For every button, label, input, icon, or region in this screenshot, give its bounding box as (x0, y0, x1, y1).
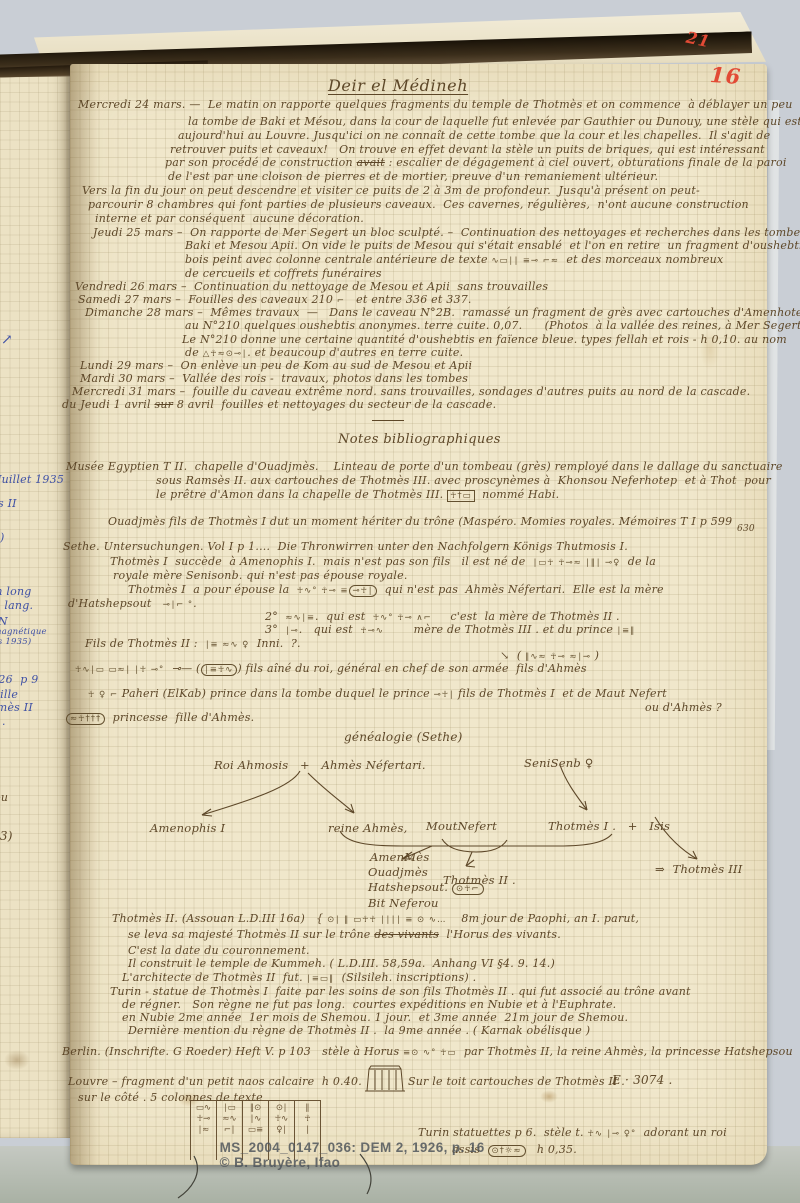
handwritten-line: Dernière mention du règne de Thotmès II … (128, 1025, 590, 1037)
text-run: Thotmès I . + Isis (548, 819, 670, 833)
handwriting-layer: Deir el Médineh Notes bibliographiques g… (0, 0, 800, 1203)
handwritten-line: Vendredi 26 mars – Continuation du netto… (75, 281, 548, 293)
text-run: 8 avril fouilles et nettoyages du secteu… (173, 398, 496, 411)
handwritten-line: de cercueils et coffrets funéraires (185, 268, 382, 280)
text-run: Il construit le temple de Kummeh. ( L.D.… (128, 957, 555, 970)
text-run: royale mère Senisonb. qui n'est pas épou… (113, 569, 408, 582)
hieroglyph-sketch: ∥∿≈ ☥⊸ ≈∣⊸ (525, 652, 591, 662)
handwritten-line: retrouver puits et caveaux! On trouve en… (170, 144, 765, 156)
handwritten-line: 3° ∣⊸. qui est ☥⊸∿ mère de Thotmès III .… (265, 624, 635, 637)
handwritten-line: Ouadjmès (368, 866, 428, 878)
text-run: ⊸— ( (164, 662, 200, 675)
archive-watermark: MS_2004_0147_036: DEM 2, 1926, p. 16 © B… (203, 1125, 499, 1185)
text-run: reine Ahmès, (328, 821, 407, 835)
handwritten-line: la tombe de Baki et Mésou, dans la cour … (188, 116, 800, 128)
text-run: Vers la fin du jour on peut descendre et… (82, 184, 700, 197)
text-run: Sur le toit cartouches de Thotmès II . (408, 1075, 625, 1088)
handwritten-line: interne et par conséquent aucune décorat… (95, 213, 364, 225)
hieroglyph-sketch: ☥⊸∿ (360, 626, 384, 636)
text-run: Ouadjmès (368, 865, 428, 879)
text-run: C'est la date du couronnement. (128, 944, 310, 957)
text-run: de (185, 346, 203, 359)
handwritten-line: Amenophis I (150, 822, 225, 834)
handwritten-line: 630 (737, 523, 755, 535)
hieroglyph-sketch: ☥∿ ∣⊸ ♀° (588, 1129, 637, 1139)
text-run: 13) (0, 829, 13, 843)
handwritten-line: Bit Neferou (368, 897, 439, 909)
text-run: Hatshepsout. (368, 880, 452, 894)
text-run: Mardi 30 mars – Vallée des rois - travau… (80, 372, 468, 385)
handwritten-line: reine Ahmès, (328, 822, 407, 834)
text-run: par Thotmès II, la reine Ahmès, la princ… (456, 1045, 792, 1058)
hieroglyph-sketch: ≡⊙ ∿° ☥▭ (403, 1048, 456, 1058)
hieroglyph-sketch: △☥≈⊙⊸∣ (203, 349, 248, 359)
handwritten-line: ou d'Ahmès ? (645, 702, 722, 714)
hieroglyph-sketch: ⊸∣⌐ ° (163, 600, 193, 610)
text-run: se leva sa majesté Thotmès II sur le trô… (128, 928, 374, 941)
handwritten-line: Roi Ahmosis + Ahmès Néfertari. (214, 759, 426, 771)
text-run: adorant un roi (636, 1126, 727, 1139)
handwritten-line: Berlin. (Inschrifte. G Roeder) Heft V. p… (62, 1046, 793, 1059)
handwritten-line: du Jeudi 1 avril sur 8 avril fouilles et… (62, 399, 496, 411)
handwritten-line: Vers la fin du jour on peut descendre et… (82, 185, 700, 197)
text-run: 1926 p 9 (0, 673, 39, 686)
hieroglyph-sketch: ☥ ♀ ⌐ (88, 690, 118, 700)
text-run: sur le côté . 5 colonnes de texte (78, 1091, 263, 1104)
hieroglyph-sketch: ∣⊸ (285, 626, 298, 636)
handwritten-line: Thotmès II. (Assouan L.D.III 16a) { ⊙∣ ∥… (112, 913, 639, 926)
text-run: ↘ ( (500, 649, 525, 662)
handwritten-line: parcourir 8 chambres qui font parties de… (88, 199, 749, 211)
text-run: L'architecte de Thotmès II fut. (122, 971, 307, 984)
text-run: Dernière mention du règne de Thotmès II … (128, 1024, 590, 1037)
handwritten-line: . (2, 716, 6, 728)
handwritten-line: Hatshepsout. ⊙☥⌐ (368, 881, 484, 895)
text-run: s II (0, 497, 17, 510)
handwritten-line: par son procédé de construction avait : … (165, 157, 787, 169)
text-run: ouille (0, 688, 18, 701)
text-run: ou d'Ahmès ? (645, 701, 722, 714)
handwritten-line: d'Hatshepsout ⊸∣⌐ °. (68, 598, 197, 611)
hieroglyph-sketch: ☥∿∣▭ ▭≈∣ ∣☥ ⊸° (75, 665, 164, 675)
text-run: c'est la mère de Thotmès II . (432, 610, 620, 623)
text-run: Thotmès II. (Assouan L.D.III 16a) { (112, 912, 327, 925)
text-run: sous Ramsès II. aux cartouches de Thotmè… (156, 474, 771, 487)
section-divider (372, 420, 404, 421)
text-run: Vendredi 26 mars – Continuation du netto… (75, 280, 548, 293)
handwritten-line: ≈☥††† princesse fille d'Ahmès. (66, 712, 254, 725)
text-run: (nord magnétique (0, 627, 47, 637)
handwritten-line: en Nubie 2me année 1er mois de Shemou. 1… (122, 1012, 628, 1024)
handwritten-line: m long (0, 586, 32, 598)
text-run: Fils de Thotmès II : (85, 637, 205, 650)
text-run: Lundi 29 mars – On enlève un peu de Kom … (80, 359, 472, 372)
handwritten-line: Le N°210 donne une certaine quantité d'o… (182, 334, 787, 346)
handwritten-line: Thotmès I . + Isis (548, 820, 670, 832)
text-run: ⇒ Thotmès III (655, 862, 743, 876)
text-run: l'Horus des vivants. (439, 928, 561, 941)
handwritten-line: (nord magnétique (0, 628, 47, 637)
handwritten-line: se leva sa majesté Thotmès II sur le trô… (128, 929, 561, 941)
text-run: 2° (265, 610, 285, 623)
handwritten-line: aujourd'hui au Louvre. Jusqu'ici on ne c… (178, 130, 770, 142)
notes-heading: Notes bibliographiques (338, 434, 501, 446)
text-run: la tombe de Baki et Mésou, dans la cour … (188, 115, 800, 128)
text-run: qui n'est pas Ahmès Néfertari. Elle est … (377, 583, 664, 596)
text-run: (Silsileh. inscriptions) . (334, 971, 476, 984)
text-run: nommé Habi. (475, 488, 560, 501)
page-title: Deir el Médineh (328, 80, 468, 92)
handwritten-line: E · 3074 . (612, 1074, 673, 1086)
hieroglyph-sketch: ☥∿° ☥⊸ ∧⌐ (373, 613, 432, 623)
handwritten-line: AmenMès (370, 851, 429, 863)
handwritten-line: sur le côté . 5 colonnes de texte (78, 1092, 263, 1104)
text-run: Paheri (ElKab) prince dans la tombe duqu… (118, 687, 434, 700)
text-run: Ouadjmès fils de Thotmès I dut un moment… (108, 515, 732, 528)
text-run: hotmès II (0, 701, 33, 714)
handwritten-line: 1926 p 9 (0, 674, 39, 686)
text-run: sur (154, 398, 173, 411)
text-run: . (193, 597, 197, 610)
text-run: le prêtre d'Amon dans la chapelle de Tho… (156, 488, 447, 501)
text-run: et entre 336 et 337. (345, 293, 472, 306)
text-run: Louvre – fragment d'un petit naos calcai… (68, 1075, 362, 1088)
text-run: Le N°210 donne une certaine quantité d'o… (182, 333, 787, 346)
genealogy-heading: généalogie (Sethe) (344, 731, 463, 743)
text-run: . (2, 715, 6, 728)
text-run: de l'est par une cloison de pierres et d… (168, 170, 658, 183)
text-run: Baki et Mesou Apii. On vide le puits de … (185, 239, 800, 252)
handwritten-line: ⇒ Thotmès III (655, 863, 743, 875)
text-run: ) fils aîné du roi, général en chef de s… (237, 662, 586, 675)
handwritten-line: Il construit le temple de Kummeh. ( L.D.… (128, 958, 555, 970)
text-run: . qui est (299, 623, 361, 636)
handwritten-line: Mercredi 24 mars. — Le matin on rapporte… (78, 99, 793, 111)
handwritten-line: 13) (0, 830, 13, 842)
text-run: Sethe. Untersuchungen. Vol I p 1.... Die… (63, 540, 628, 553)
text-run: de la (620, 555, 656, 568)
text-run: des vivants (374, 928, 439, 941)
handwritten-line: Baki et Mesou Apii. On vide le puits de … (185, 240, 800, 252)
text-run: au N°210 quelques oushebtis anonymes. te… (185, 319, 800, 332)
handwritten-line: ☥ ♀ ⌐ Paheri (ElKab) prince dans la tomb… (88, 688, 667, 701)
text-run: Bit Neferou (368, 896, 439, 910)
handwritten-line: 0 Juillet 1935 (0, 474, 64, 486)
handwritten-line: Sur le toit cartouches de Thotmès II . (408, 1076, 625, 1088)
handwritten-line: Sethe. Untersuchungen. Vol I p 1.... Die… (63, 541, 628, 553)
text-run: Samedi 27 mars – Fouilles des caveaux 21… (78, 293, 337, 306)
handwritten-line: Fils de Thotmès II : ∣≡ ≈∿ ♀ Inni. ?. (85, 638, 301, 651)
text-run: 3° (265, 623, 285, 636)
watermark-copyright: © B. Bruyère, Ifao (220, 1155, 341, 1170)
text-run: de cercueils et coffrets funéraires (185, 267, 382, 280)
text-run: Berlin. (Inschrifte. G Roeder) Heft V. p… (62, 1045, 403, 1058)
text-run: du Jeudi 1 avril (62, 398, 154, 411)
text-run: interne et par conséquent aucune décorat… (95, 212, 364, 225)
cartouche-sketch: ⊙☥⌐ (452, 883, 484, 895)
text-run: SeniSenb ♀ (524, 756, 593, 770)
hieroglyph-sketch: ∣▭☥ ☥⊸≈ ∣∥∣ ⊸♀ (533, 558, 620, 568)
handwritten-line: Mardi 30 mars – Vallée des rois - travau… (80, 373, 468, 385)
text-run: Roi Ahmosis + Ahmès Néfertari. (214, 758, 426, 772)
handwritten-line: Jeudi 25 mars – On rapporte de Mer Seger… (93, 227, 800, 239)
handwritten-line: Thotmès I succède à Amenophis I. mais n'… (110, 556, 656, 569)
hieroglyph-sketch: ☥∿° ☥⊸ ≡ (297, 586, 349, 596)
text-run: Turin - statue de Thotmès I faite par le… (110, 985, 691, 998)
text-run: princesse fille d'Ahmès. (105, 711, 254, 724)
text-run: ↗ (1, 332, 13, 348)
hieroglyph-sketch: ⌐ (337, 296, 345, 306)
text-run: ou (0, 791, 8, 804)
text-run: 630 (737, 524, 755, 534)
text-run: fils de Thotmès I et de Maut Nefert (454, 687, 667, 700)
text-run: m lang. (0, 599, 33, 612)
handwritten-line: Ouadjmès fils de Thotmès I dut un moment… (108, 516, 732, 528)
handwritten-line: ↗ (1, 334, 13, 346)
text-run: mère de Thotmès III . et du prince (384, 623, 617, 636)
hieroglyph-sketch: ⊙∣ ∥ ▭☥☥ ∣∣∣∣ ≡ ⊙ ∿… (327, 915, 446, 925)
handwritten-line: Lundi 29 mars – On enlève un peu de Kom … (80, 360, 472, 372)
text-run: Thotmès I a pour épouse la (128, 583, 297, 596)
text-run: par son procédé de construction (165, 156, 357, 169)
handwritten-line: bois peint avec colonne centrale antérie… (185, 254, 723, 267)
handwritten-line: Louvre – fragment d'un petit naos calcai… (68, 1076, 362, 1088)
text-run: avait (357, 156, 385, 169)
handwritten-line: ☥∿∣▭ ▭≈∣ ∣☥ ⊸° ⊸— (∣≡☥∿) fils aîné du ro… (75, 663, 587, 676)
handwritten-line: le prêtre d'Amon dans la chapelle de Tho… (156, 489, 559, 502)
text-run: Thotmès I succède à Amenophis I. mais n'… (110, 555, 533, 568)
handwritten-line: SeniSenb ♀ (524, 757, 593, 769)
text-run: Mercredi 24 mars. — Le matin on rapporte… (78, 98, 793, 111)
text-run: parcourir 8 chambres qui font parties de… (88, 198, 749, 211)
handwritten-line: ouille (0, 689, 18, 701)
folio-number-behind: 21 (685, 32, 711, 49)
text-run: Musée Egyptien T II. chapelle d'Ouadjmès… (66, 460, 783, 473)
text-run: Mercredi 31 mars – fouille du caveau ext… (72, 385, 750, 398)
text-run: et des morceaux nombreux (559, 253, 723, 266)
handwritten-line: de l'est par une cloison de pierres et d… (168, 171, 658, 183)
hieroglyph-sketch: ∣≡∥ (617, 626, 636, 636)
text-run: bois peint avec colonne centrale antérie… (185, 253, 491, 266)
handwritten-line: au N°210 quelques oushebtis anonymes. te… (185, 320, 800, 332)
text-run: : escalier de dégagement à ciel ouvert, … (385, 156, 787, 169)
handwritten-line: C'est la date du couronnement. (128, 945, 310, 957)
text-run: ) (0, 531, 5, 544)
text-run: Jeudi 25 mars – On rapporte de Mer Seger… (93, 226, 800, 239)
watermark-id: MS_2004_0147_036: DEM 2, 1926, p. 16 (220, 1140, 485, 1155)
text-run: Amenophis I (150, 821, 225, 835)
handwritten-line: sous Ramsès II. aux cartouches de Thotmè… (156, 475, 771, 487)
handwritten-line: L'architecte de Thotmès II fut. ∣≡▭∥ (Si… (122, 972, 476, 985)
text-run: MoutNefert (426, 819, 497, 833)
boxed-hieroglyphs: ☥†▭ (447, 490, 475, 502)
handwritten-line: m lang. (0, 600, 33, 612)
text-run: m long (0, 585, 32, 598)
cartouche-sketch: ∣≡☥∿ (201, 664, 238, 676)
hieroglyph-sketch: ∿▭∣∣ ≡⊸ ⌐≈ (491, 256, 559, 266)
handwritten-line: royale mère Senisonb. qui n'est pas épou… (113, 570, 408, 582)
text-run: 0 Juillet 1935 (0, 473, 64, 486)
text-run: Inni. ?. (249, 637, 300, 650)
handwritten-line: Turin - statue de Thotmès I faite par le… (110, 986, 691, 998)
handwritten-line: mars 1935) (0, 638, 31, 647)
text-run: . et beaucoup d'autres en terre cuite. (247, 346, 463, 359)
text-run: retrouver puits et caveaux! On trouve en… (170, 143, 765, 156)
handwritten-line: Dimanche 28 mars – Mêmes travaux — Dans … (85, 307, 800, 319)
text-run: aujourd'hui au Louvre. Jusqu'ici on ne c… (178, 129, 770, 142)
cartouche-sketch: ⊸☥∣ (349, 585, 378, 597)
handwritten-line: ou (0, 792, 8, 804)
text-run: en Nubie 2me année 1er mois de Shemou. 1… (122, 1011, 628, 1024)
handwritten-line: ) (0, 532, 5, 544)
hieroglyph-sketch: ≈∿∣≡ (285, 613, 315, 623)
handwritten-line: de régner. Son règne ne fut pas long. co… (122, 999, 616, 1011)
folio-number: 16 (710, 69, 742, 83)
hieroglyph-sketch: ⊸☥∣ (434, 690, 455, 700)
hieroglyph-sketch: ∣≡ ≈∿ ♀ (205, 640, 249, 650)
text-run: h 0,35. (526, 1143, 577, 1156)
text-run: E · 3074 . (612, 1073, 673, 1087)
text-run: Dimanche 28 mars – Mêmes travaux — Dans … (85, 306, 800, 319)
text-run: ) (591, 649, 599, 662)
handwritten-line: hotmès II (0, 702, 33, 714)
notebook-scan: ▭∿ ☥⊸ ∣≈∣▭ ≈∿ ⌐∣∥⊙ ∣∿ ▭≡⊙∣ ☥∿ ♀∣∥ ☥ ∣ De… (0, 0, 800, 1203)
cartouche-sketch: ≈☥††† (66, 713, 105, 725)
handwritten-line: MoutNefert (426, 820, 497, 832)
handwritten-line: Mercredi 31 mars – fouille du caveau ext… (72, 386, 750, 398)
text-run: de régner. Son règne ne fut pas long. co… (122, 998, 616, 1011)
handwritten-line: Musée Egyptien T II. chapelle d'Ouadjmès… (66, 461, 783, 473)
text-run: AmenMès (370, 850, 429, 864)
text-run: . qui est (315, 610, 373, 623)
handwritten-line: Thotmès I a pour épouse la ☥∿° ☥⊸ ≡⊸☥∣ q… (128, 584, 664, 597)
text-run: 8m jour de Paophi, an I. parut, (446, 912, 639, 925)
handwritten-line: s II (0, 498, 17, 510)
hieroglyph-sketch: ∣≡▭∥ (307, 974, 335, 984)
text-run: d'Hatshepsout (68, 597, 163, 610)
text-run: mars 1935) (0, 637, 31, 647)
